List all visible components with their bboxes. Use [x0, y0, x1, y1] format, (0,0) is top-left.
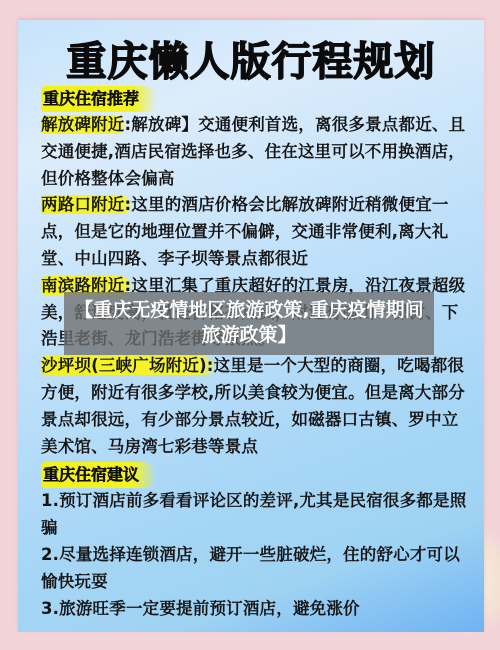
recommend-item: 解放碑附近:解放碑】交通便利首选，离很多景点都近、且交通便捷,酒店民宿选择也多、… — [41, 112, 473, 192]
recommend-item: 两路口附近:这里的酒店价格会比解放碑附近稍微便宜一点，但是它的地理位置并不偏僻，… — [41, 192, 473, 272]
caption-overlay: 【重庆无疫情地区旅游政策,重庆疫情期间旅游政策】 — [64, 292, 434, 355]
advice-item: 1.预订酒店前多看看评论区的差评,尤其是民宿很多都是照骗 — [41, 488, 473, 542]
recommend-item: 沙坪坝(三峡广场附近):这里是一个大型的商圈，吃喝都很方便，附近有很多学校,所以… — [41, 353, 473, 460]
section-heading-advice: 重庆住宿建议 — [41, 462, 157, 488]
advice-item: 3.旅游旺季一定要提前预订酒店，避免涨价 — [41, 596, 473, 623]
page-title: 重庆懒人版行程规划 — [18, 30, 484, 87]
area-label: 沙坪坝(三峡广场附近): — [41, 356, 214, 375]
area-label: 解放碑附近 — [41, 115, 125, 134]
area-label: 两路口附近: — [41, 195, 131, 214]
section-heading-recommend: 重庆住宿推荐 — [41, 86, 157, 112]
advice-item: 2.尽量选择连锁酒店，避开一些脏破烂，住的舒心才可以愉快玩耍 — [41, 542, 473, 596]
